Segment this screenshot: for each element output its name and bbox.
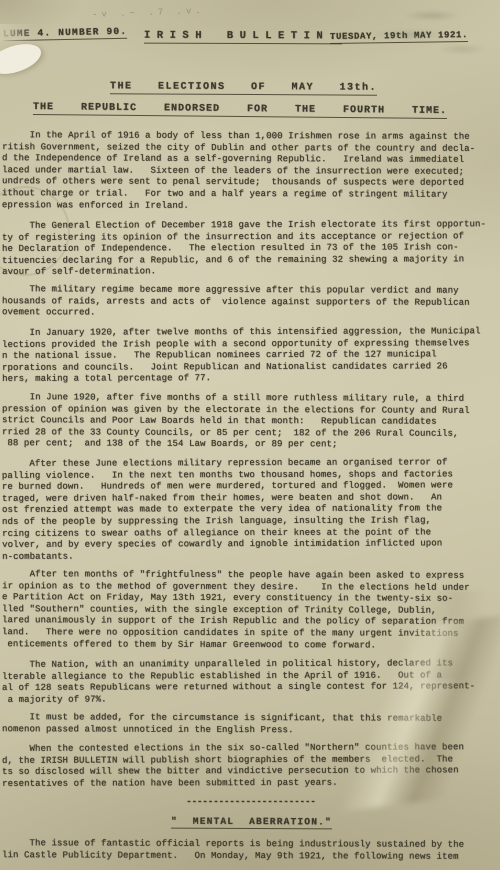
body-paragraph: The General Election of December 1918 ga… bbox=[2, 219, 500, 279]
document-page: -v .~ .7 .v. LUME 4. NUMBER 90. IRISH BU… bbox=[0, 0, 500, 870]
body-paragraph: It must be added, for the circumstance i… bbox=[2, 712, 500, 737]
article-body: In the April of 1916 a body of less than… bbox=[2, 131, 500, 870]
body-paragraph: The military regime became more aggressi… bbox=[2, 284, 500, 321]
faded-edge-overlay bbox=[0, 24, 36, 42]
bulletin-title: IRISH BULLETIN. bbox=[144, 30, 342, 45]
body-paragraph: When the contested elections in the six … bbox=[2, 743, 500, 791]
body-paragraph: After ten months of "frightfulness" the … bbox=[2, 569, 500, 652]
body-paragraph: In the April of 1916 a body of less than… bbox=[2, 130, 500, 213]
ink-bleed-texture bbox=[342, 6, 492, 54]
section-heading-mental-aberration: " MENTAL ABERRATION." bbox=[170, 816, 331, 830]
headline-republic-endorsed: THE REPUBLIC ENDORSED FOR THE FOURTH TIM… bbox=[33, 102, 447, 119]
body-paragraph: In January 1920, after twelve months of … bbox=[2, 327, 500, 387]
body-paragraph: The issue of fantastic official reports … bbox=[2, 838, 500, 863]
pencil-annotation: -v .~ .7 .v. bbox=[92, 6, 205, 20]
torn-corner-chip bbox=[0, 38, 45, 79]
body-paragraph: The Nation, with an unanimity unparallel… bbox=[2, 658, 500, 706]
body-paragraph: After these June elections military repr… bbox=[2, 457, 500, 563]
body-paragraph: In June 1920, after five months of a sti… bbox=[2, 392, 500, 452]
headline-elections: THE ELECTIONS OF MAY 13th. bbox=[110, 81, 377, 95]
section-divider: ------------------------ bbox=[2, 797, 500, 807]
